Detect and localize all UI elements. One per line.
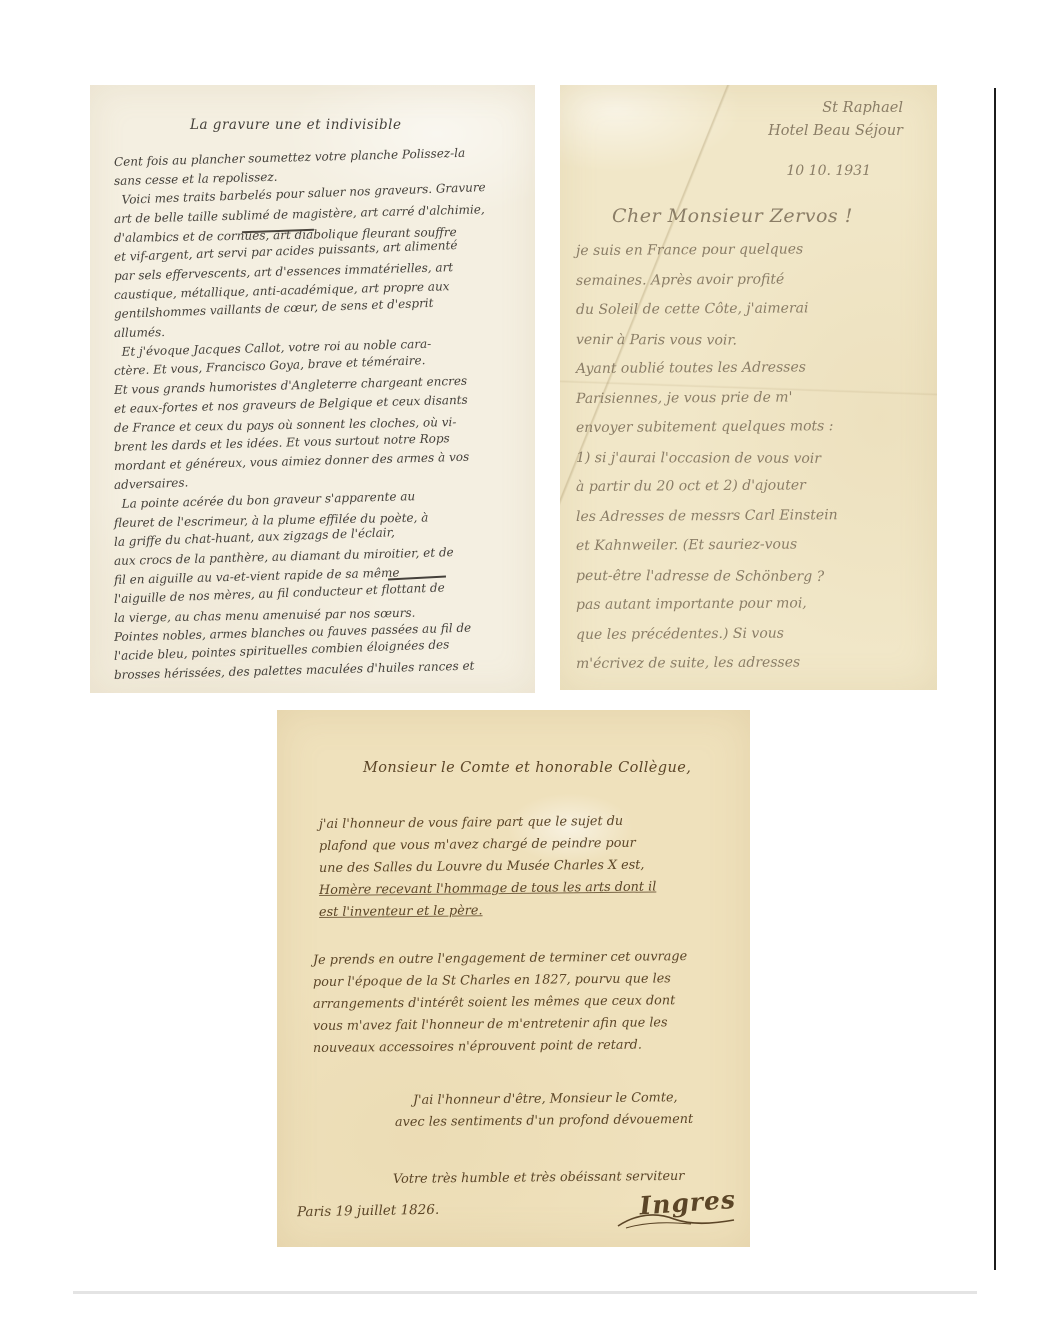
- letter-zervos: St RaphaelHotel Beau Séjour 10 10. 1931 …: [560, 85, 937, 690]
- handwritten-line: les Adresses de messrs Carl Einstein: [576, 500, 931, 532]
- letter-zervos-salutation: Cher Monsieur Zervos !: [612, 205, 937, 227]
- letter-gravure-title: La gravure une et indivisible: [190, 117, 535, 133]
- handwritten-line: je suis en France pour quelques: [576, 235, 931, 267]
- bottom-divider-rule: [73, 1291, 977, 1294]
- handwritten-line: est l'inventeur et le père.: [319, 898, 742, 924]
- vertical-rule: [994, 88, 996, 1270]
- letter-ingres-paragraph-2: Je prends en outre l'engagement de termi…: [313, 950, 742, 1060]
- handwritten-line: envoyer subitement quelques mots :: [576, 412, 931, 444]
- letter-ingres-closing: J'ai l'honneur d'être, Monsieur le Comte…: [413, 1090, 750, 1134]
- letter-ingres-paragraph-1: j'ai l'honneur de vous faire part que le…: [319, 814, 742, 924]
- letter-zervos-date: 10 10. 1931: [560, 163, 871, 179]
- handwritten-line: pas autant importante pour moi,: [576, 589, 931, 621]
- handwritten-line: que les précédentes.) Si vous: [576, 618, 931, 650]
- letter-gravure: La gravure une et indivisible Cent fois …: [90, 85, 535, 693]
- page: La gravure une et indivisible Cent fois …: [0, 0, 1040, 1338]
- heading-line: St Raphael: [560, 97, 903, 120]
- handwritten-line: nouveaux accessoires n'éprouvent point d…: [313, 1034, 742, 1060]
- handwritten-line: venir à Paris vous voir.: [576, 326, 931, 357]
- letter-ingres-salutation: Monsieur le Comte et honorable Collègue,: [363, 760, 750, 776]
- handwritten-line: du Soleil de cette Côte, j'aimerai: [576, 294, 931, 326]
- handwritten-line: et Kahnweiler. (Et sauriez-vous: [576, 530, 931, 562]
- handwritten-line: à partir du 20 oct et 2) d'ajouter: [576, 471, 931, 503]
- handwritten-line: m'écrivez de suite, les adresses: [576, 648, 931, 680]
- letter-ingres-bottom-row: Paris 19 juillet 1826. Ingres: [297, 1189, 736, 1230]
- handwritten-line: Ayant oublié toutes les Adresses: [576, 353, 931, 385]
- handwritten-line: Parisiennes, je vous prie de m': [576, 382, 931, 414]
- handwritten-line: semaines. Après avoir profité: [576, 264, 931, 296]
- letter-gravure-body: Cent fois au plancher soumettez votre pl…: [114, 153, 523, 685]
- signature-block: Ingres: [616, 1189, 736, 1230]
- letter-zervos-body: je suis en France pour quelquessemaines.…: [576, 237, 931, 680]
- handwritten-line: 1) si j'aurai l'occasion de vous voir: [576, 444, 931, 475]
- letter-ingres: Monsieur le Comte et honorable Collègue,…: [277, 710, 750, 1247]
- letter-zervos-heading: St RaphaelHotel Beau Séjour: [560, 97, 903, 143]
- letter-ingres-valediction: Votre très humble et très obéissant serv…: [393, 1168, 750, 1187]
- handwritten-line: avec les sentiments d'un profond dévouem…: [395, 1108, 750, 1134]
- heading-line: Hotel Beau Séjour: [560, 120, 903, 143]
- handwritten-line: peut-être l'adresse de Schönberg ?: [576, 562, 931, 593]
- letter-ingres-place-date: Paris 19 juillet 1826.: [297, 1202, 439, 1220]
